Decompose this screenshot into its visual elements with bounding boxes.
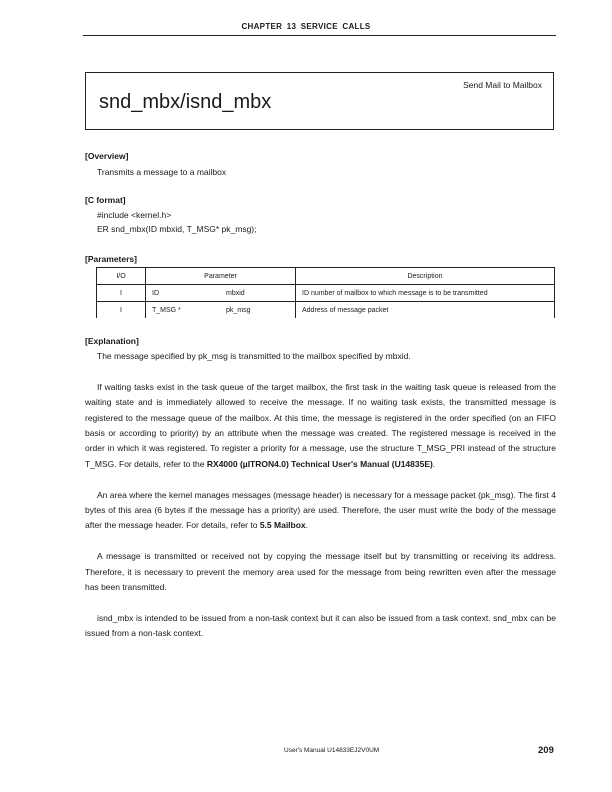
paragraph-text: If waiting tasks exist in the task queue… <box>85 382 556 469</box>
paragraph-text: An area where the kernel manages message… <box>85 490 556 531</box>
explanation-paragraph: isnd_mbx is intended to be issued from a… <box>85 611 556 642</box>
explanation-paragraph: An area where the kernel manages message… <box>85 488 556 534</box>
overview-heading: [Overview] <box>85 151 128 161</box>
description-cell: ID number of mailbox to which message is… <box>296 285 555 302</box>
parameter-cell: IDmbxid <box>146 285 296 302</box>
section-reference: 5.5 Mailbox <box>260 520 306 530</box>
page-subtitle: Send Mail to Mailbox <box>463 80 542 90</box>
parameters-table: I/O Parameter Description I IDmbxid ID n… <box>96 267 555 318</box>
column-header: Parameter <box>146 268 296 285</box>
overview-text: Transmits a message to a mailbox <box>97 167 226 177</box>
header-rule <box>83 35 556 36</box>
parameter-cell: T_MSG *pk_msg <box>146 302 296 319</box>
explanation-paragraph: The message specified by pk_msg is trans… <box>85 349 556 364</box>
parameters-heading: [Parameters] <box>85 254 137 264</box>
footer-document-id: User's Manual U14833EJ2V0UM <box>284 747 379 754</box>
explanation-paragraph: A message is transmitted or received not… <box>85 549 556 595</box>
paragraph-end: . <box>433 459 435 469</box>
table-row: I T_MSG *pk_msg Address of message packe… <box>97 302 555 319</box>
c-format-code: #include <kernel.h> ER snd_mbx(ID mbxid,… <box>97 209 257 236</box>
explanation-body: The message specified by pk_msg is trans… <box>85 349 556 657</box>
column-header: I/O <box>97 268 146 285</box>
paragraph-end: . <box>306 520 308 530</box>
param-name: mbxid <box>226 290 245 297</box>
io-cell: I <box>97 285 146 302</box>
table-row: I IDmbxid ID number of mailbox to which … <box>97 285 555 302</box>
page-title: snd_mbx/isnd_mbx <box>99 91 271 114</box>
table-header-row: I/O Parameter Description <box>97 268 555 285</box>
column-header: Description <box>296 268 555 285</box>
description-cell: Address of message packet <box>296 302 555 319</box>
chapter-header: CHAPTER 13 SERVICE CALLS <box>0 22 612 31</box>
param-type: T_MSG * <box>152 307 226 314</box>
param-name: pk_msg <box>226 307 251 314</box>
manual-reference: RX4000 (µITRON4.0) Technical User's Manu… <box>207 459 433 469</box>
code-line: #include <kernel.h> <box>97 209 257 223</box>
code-line: ER snd_mbx(ID mbxid, T_MSG* pk_msg); <box>97 223 257 237</box>
explanation-heading: [Explanation] <box>85 336 139 346</box>
c-format-heading: [C format] <box>85 195 126 205</box>
io-cell: I <box>97 302 146 319</box>
param-type: ID <box>152 290 226 297</box>
explanation-paragraph: If waiting tasks exist in the task queue… <box>85 380 556 472</box>
page-number: 209 <box>538 745 554 756</box>
